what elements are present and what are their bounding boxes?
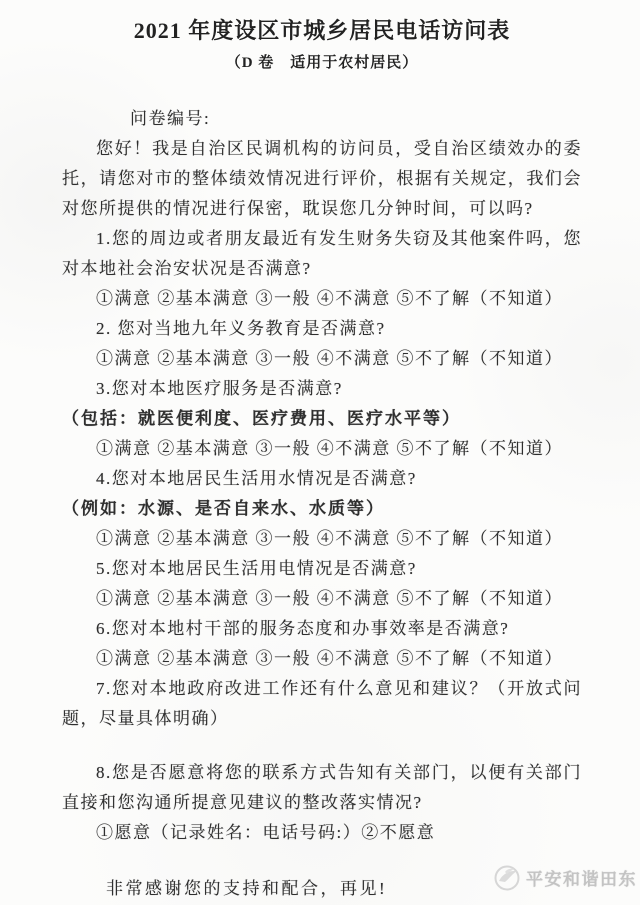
question-7: 7.您对本地政府改进工作还有什么意见和建议？（开放式问题，尽量具体明确） — [62, 674, 582, 734]
watermark-text: 平安和谐田东 — [526, 865, 637, 890]
question-8: 8.您是否愿意将您的联系方式告知有关部门，以便有关部门直接和您沟通所提意见建议的… — [62, 758, 582, 848]
question-6-text: 6.您对本地村干部的服务态度和办事效率是否满意? — [62, 614, 582, 644]
watermark: 平安和谐田东 — [492, 862, 637, 892]
question-2-options: ①满意 ②基本满意 ③一般 ④不满意 ⑤不了解（不知道） — [62, 344, 582, 374]
document-title: 2021 年度设区市城乡居民电话访问表 — [62, 14, 582, 45]
question-4-text: 4.您对本地居民生活用水情况是否满意? — [62, 464, 582, 494]
question-1-options: ①满意 ②基本满意 ③一般 ④不满意 ⑤不了解（不知道） — [62, 284, 582, 314]
question-2: 2. 您对当地九年义务教育是否满意? ①满意 ②基本满意 ③一般 ④不满意 ⑤不… — [62, 314, 582, 374]
question-3-note: （包括：就医便利度、医疗费用、医疗水平等） — [62, 404, 582, 434]
question-8-options: ①愿意（记录姓名：电话号码:）②不愿意 — [62, 818, 582, 848]
document-subtitle: （D 卷 适用于农村居民） — [62, 51, 582, 72]
question-5-options: ①满意 ②基本满意 ③一般 ④不满意 ⑤不了解（不知道） — [62, 584, 582, 614]
question-1: 1.您的周边或者朋友最近有发生财务失窃及其他案件吗，您对本地社会治安状况是否满意… — [62, 224, 582, 314]
question-3-text: 3.您对本地医疗服务是否满意? — [62, 374, 582, 404]
question-6-options: ①满意 ②基本满意 ③一般 ④不满意 ⑤不了解（不知道） — [62, 644, 582, 674]
questionnaire-number-label: 问卷编号: — [62, 104, 582, 134]
question-5-text: 5.您对本地居民生活用电情况是否满意? — [62, 554, 582, 584]
dove-icon — [492, 862, 522, 892]
question-2-text: 2. 您对当地九年义务教育是否满意? — [62, 314, 582, 344]
question-1-text: 1.您的周边或者朋友最近有发生财务失窃及其他案件吗，您对本地社会治安状况是否满意… — [62, 224, 582, 284]
question-8-text: 8.您是否愿意将您的联系方式告知有关部门，以便有关部门直接和您沟通所提意见建议的… — [62, 758, 582, 818]
intro-paragraph: 您好！我是自治区民调机构的访问员，受自治区绩效办的委托，请您对市的整体绩效情况进… — [62, 134, 582, 224]
question-4: 4.您对本地居民生活用水情况是否满意? （例如：水源、是否自来水、水质等） ①满… — [62, 464, 582, 554]
question-4-note: （例如：水源、是否自来水、水质等） — [62, 494, 582, 524]
question-3: 3.您对本地医疗服务是否满意? （包括：就医便利度、医疗费用、医疗水平等） ①满… — [62, 374, 582, 464]
question-5: 5.您对本地居民生活用电情况是否满意? ①满意 ②基本满意 ③一般 ④不满意 ⑤… — [62, 554, 582, 614]
question-3-options: ①满意 ②基本满意 ③一般 ④不满意 ⑤不了解（不知道） — [62, 434, 582, 464]
question-7-text: 7.您对本地政府改进工作还有什么意见和建议？（开放式问题，尽量具体明确） — [62, 674, 582, 734]
question-4-options: ①满意 ②基本满意 ③一般 ④不满意 ⑤不了解（不知道） — [62, 524, 582, 554]
question-6: 6.您对本地村干部的服务态度和办事效率是否满意? ①满意 ②基本满意 ③一般 ④… — [62, 614, 582, 674]
survey-document: 2021 年度设区市城乡居民电话访问表 （D 卷 适用于农村居民） 问卷编号: … — [0, 0, 640, 904]
